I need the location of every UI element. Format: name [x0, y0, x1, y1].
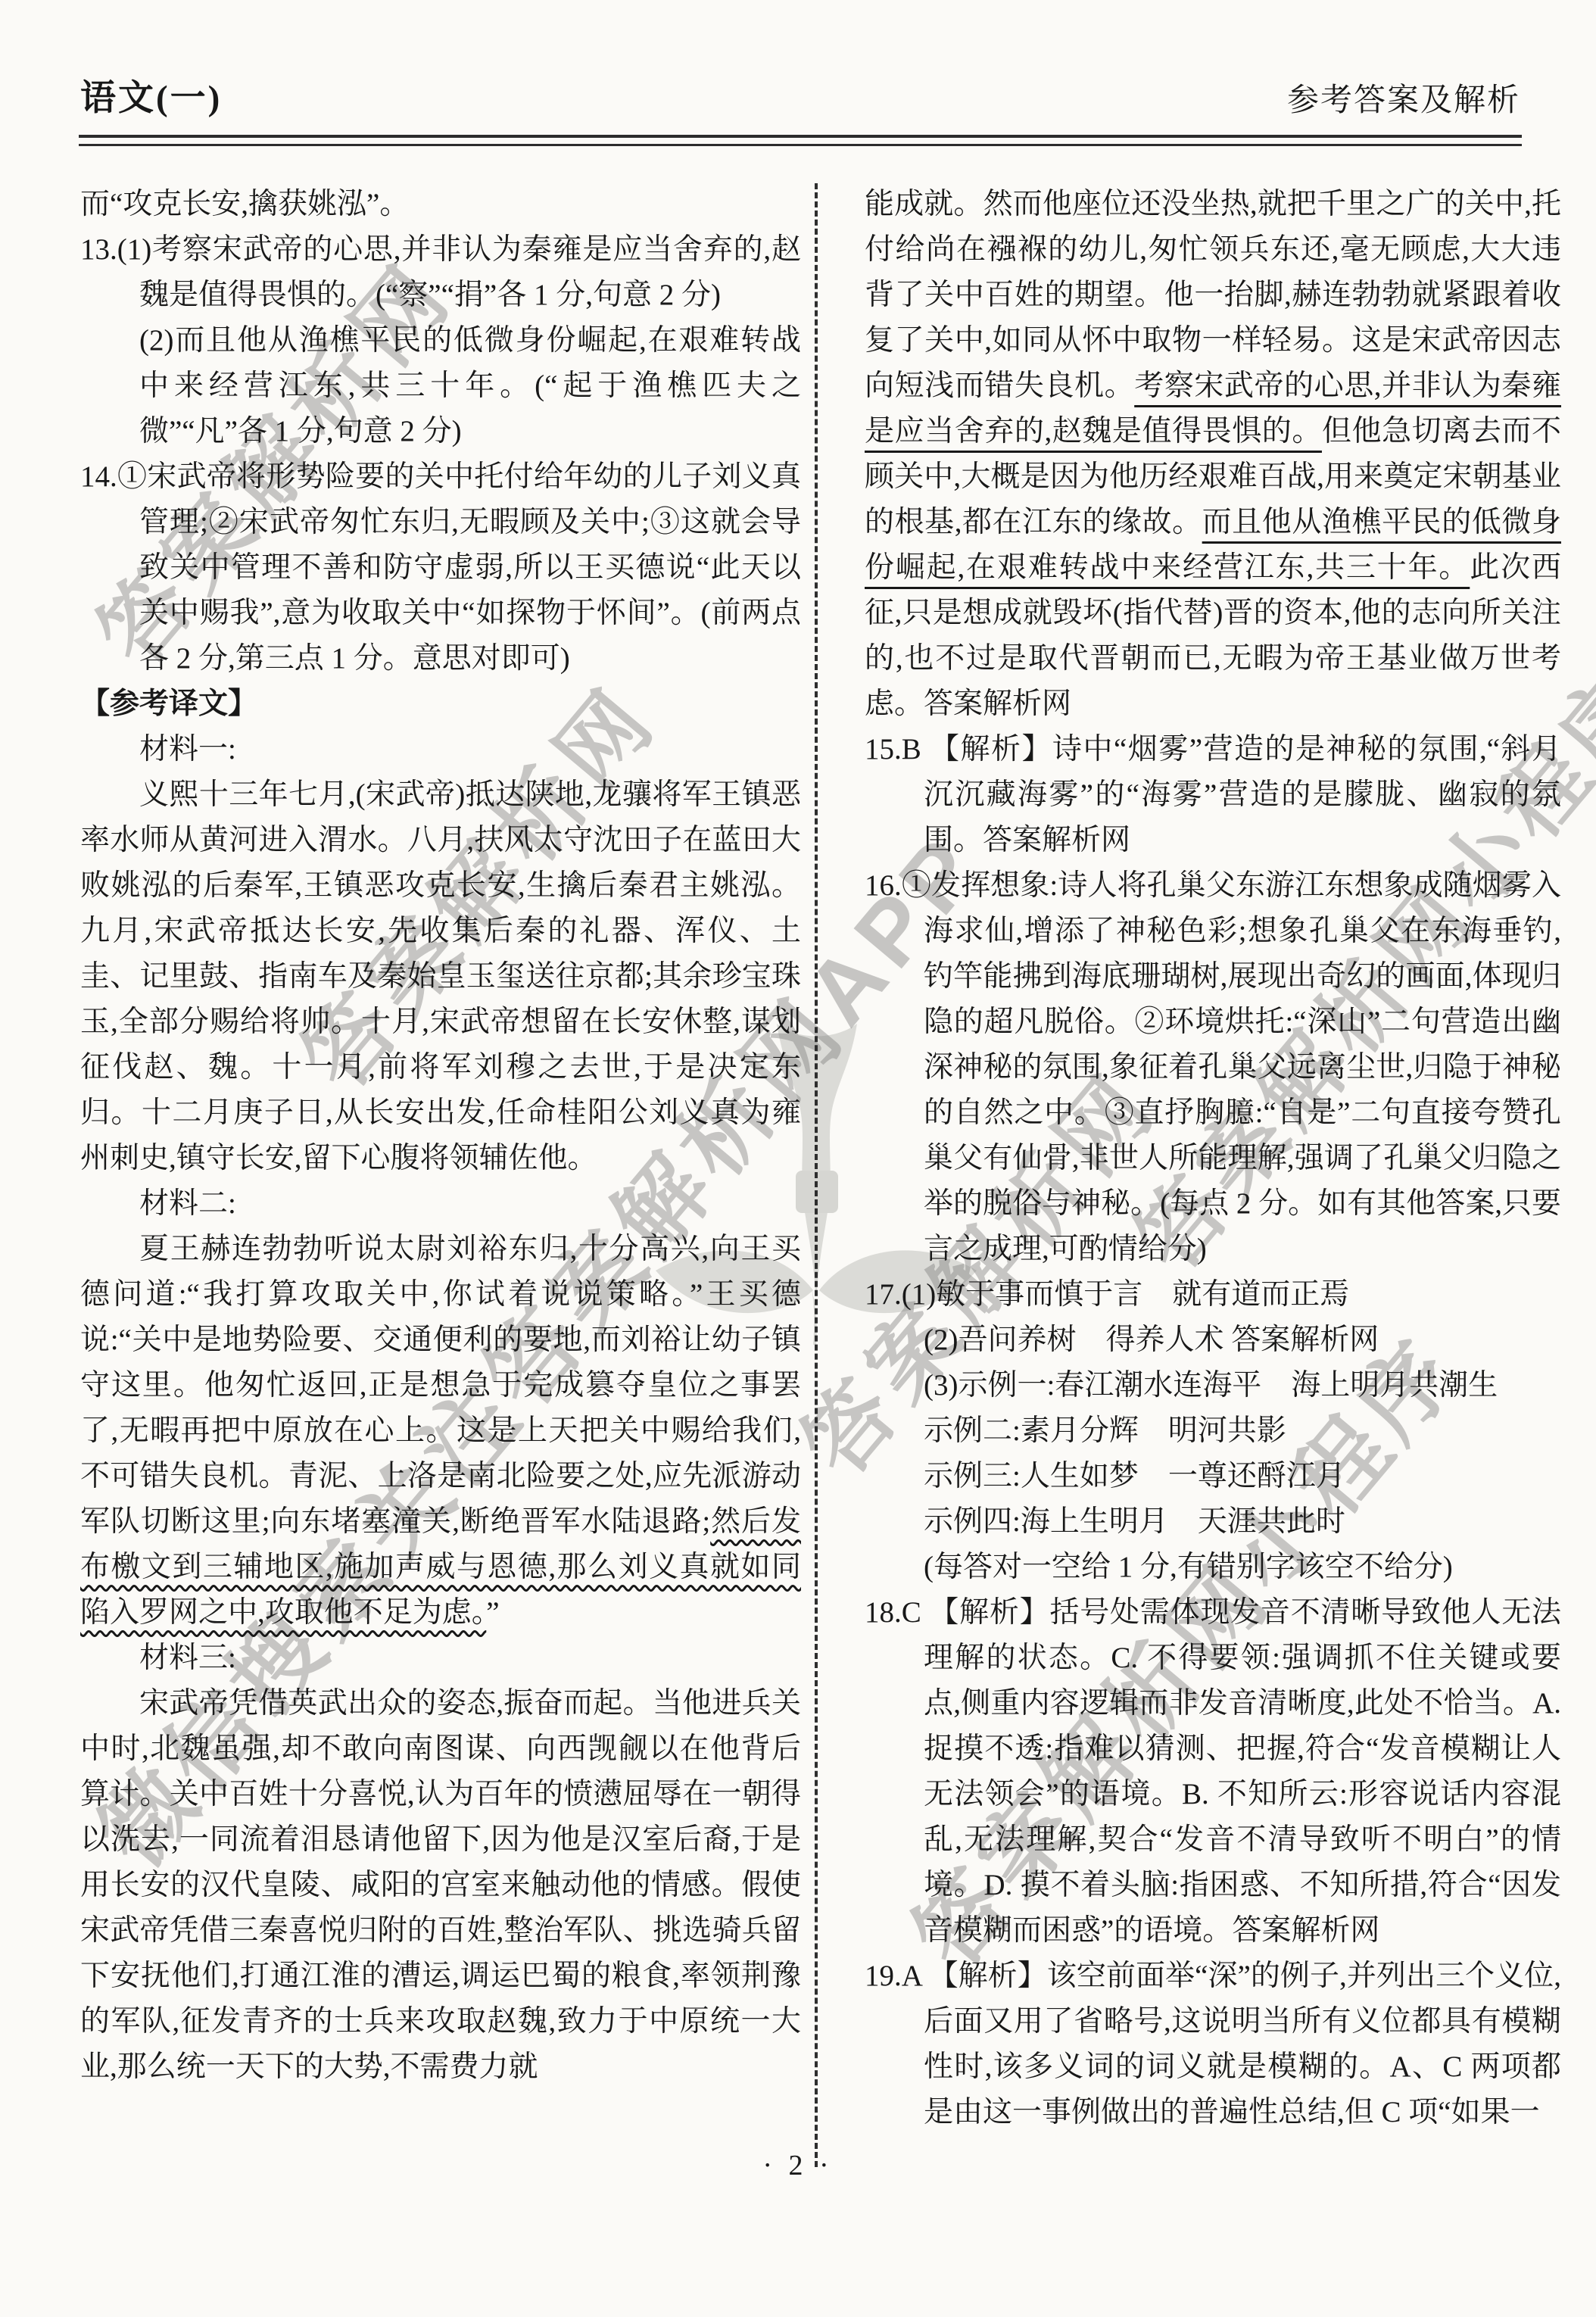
reference-translation-header: 【参考译文】 [80, 681, 801, 727]
page-number: · 2 · [0, 2149, 1596, 2182]
answer-18-text: 18.C 【解析】括号处需体现发音不清晰导致他人无法理解的状态。C. 不得要领:… [865, 1596, 1561, 1947]
material-2-text: 夏王赫连勃勃听说太尉刘裕东归,十分高兴,向王买德问道:“我打算攻取关中,你试着说… [80, 1227, 801, 1636]
answer-12-continuation: 而“攻克长安,擒获姚泓”。 [80, 182, 801, 227]
answer-sheet-page: 答案解析网 答案解析网 微信搜索关注答案解析网APP 答案解析网 答案解析网小程… [0, 0, 1596, 2317]
page-header: 语文(一) 参考答案及解析 [80, 70, 1520, 120]
material-3-text: 宋武帝凭借英武出众的姿态,振奋而起。当他进兵关中时,北魏虽强,却不敢向南图谋、向… [80, 1681, 801, 2090]
answer-15: 15.B 【解析】诗中“烟雾”营造的是神秘的氛围,“斜月沉沉藏海雾”的“海雾”营… [865, 727, 1561, 863]
answer-15-text: 15.B 【解析】诗中“烟雾”营造的是神秘的氛围,“斜月沉沉藏海雾”的“海雾”营… [865, 733, 1561, 856]
answer-17-line5: 示例三:人生如梦 一尊还酹江月 [865, 1454, 1561, 1499]
inline-watermark: 答案解析网 [983, 824, 1130, 856]
answer-17-line1: 17.(1)敏于事而慎于言 就有道而正焉 [865, 1272, 1561, 1318]
answer-17-line2: (2)吾问养树 得养人术 答案解析网 [865, 1318, 1561, 1363]
answer-17-line4: 示例二:素月分辉 明河共影 [865, 1408, 1561, 1454]
inline-watermark: 答案解析网 [1231, 1324, 1379, 1356]
answer-17-line3: (3)示例一:春江潮水连海平 海上明月共潮生 [865, 1363, 1561, 1408]
right-column: 能成就。然而他座位还没坐热,就把千里之广的关中,托付给尚在襁褓的幼儿,匆忙领兵东… [865, 182, 1561, 2135]
column-divider [815, 183, 818, 2167]
material-1-label: 材料一: [80, 727, 801, 772]
inline-watermark: 答案解析网 [924, 688, 1071, 720]
material-2-text-c: ” [486, 1596, 499, 1629]
inline-watermark: 答案解析网 [1232, 1914, 1379, 1947]
material-3-continuation: 能成就。然而他座位还没坐热,就把千里之广的关中,托付给尚在襁褓的幼儿,匆忙领兵东… [865, 182, 1561, 727]
answers-title: 参考答案及解析 [1287, 75, 1520, 120]
answer-13-part2: (2)而且他从渔樵平民的低微身份崛起,在艰难转战中来经营江东,共三十年。(“起于… [80, 318, 801, 454]
subject-title: 语文(一) [80, 70, 222, 120]
material-2-label: 材料二: [80, 1181, 801, 1227]
material-2-text-a: 夏王赫连勃勃听说太尉刘裕东归,十分高兴,向王买德问道:“我打算攻取关中,你试着说… [80, 1233, 801, 1538]
answer-14: 14.①宋武帝将形势险要的关中托付给年幼的儿子刘义真管理;②宋武帝匆忙东归,无暇… [80, 454, 801, 681]
answer-13-part1: 13.(1)考察宋武帝的心思,并非认为秦雍是应当舍弃的,赵魏是值得畏惧的。(“察… [80, 227, 801, 318]
material-3-label: 材料三: [80, 1636, 801, 1681]
answer-17-line6: 示例四:海上生明月 天涯共此时 [865, 1499, 1561, 1545]
header-rule [79, 135, 1522, 146]
material-1-text: 义熙十三年七月,(宋武帝)抵达陕地,龙骧将军王镇恶率水师从黄河进入渭水。八月,扶… [80, 772, 801, 1181]
answer-17-line7: (每答对一空给 1 分,有错别字该空不给分) [865, 1545, 1561, 1590]
answer-18: 18.C 【解析】括号处需体现发音不清晰导致他人无法理解的状态。C. 不得要领:… [865, 1590, 1561, 1954]
left-column: 而“攻克长安,擒获姚泓”。 13.(1)考察宋武帝的心思,并非认为秦雍是应当舍弃… [80, 182, 801, 2090]
answer-17-line2-text: (2)吾问养树 得养人术 [924, 1324, 1231, 1356]
answer-16: 16.①发挥想象:诗人将孔巢父东游江东想象成随烟雾入海求仙,增添了神秘色彩;想象… [865, 863, 1561, 1272]
answer-19: 19.A 【解析】该空前面举“深”的例子,并列出三个义位,后面又用了省略号,这说… [865, 1954, 1561, 2135]
